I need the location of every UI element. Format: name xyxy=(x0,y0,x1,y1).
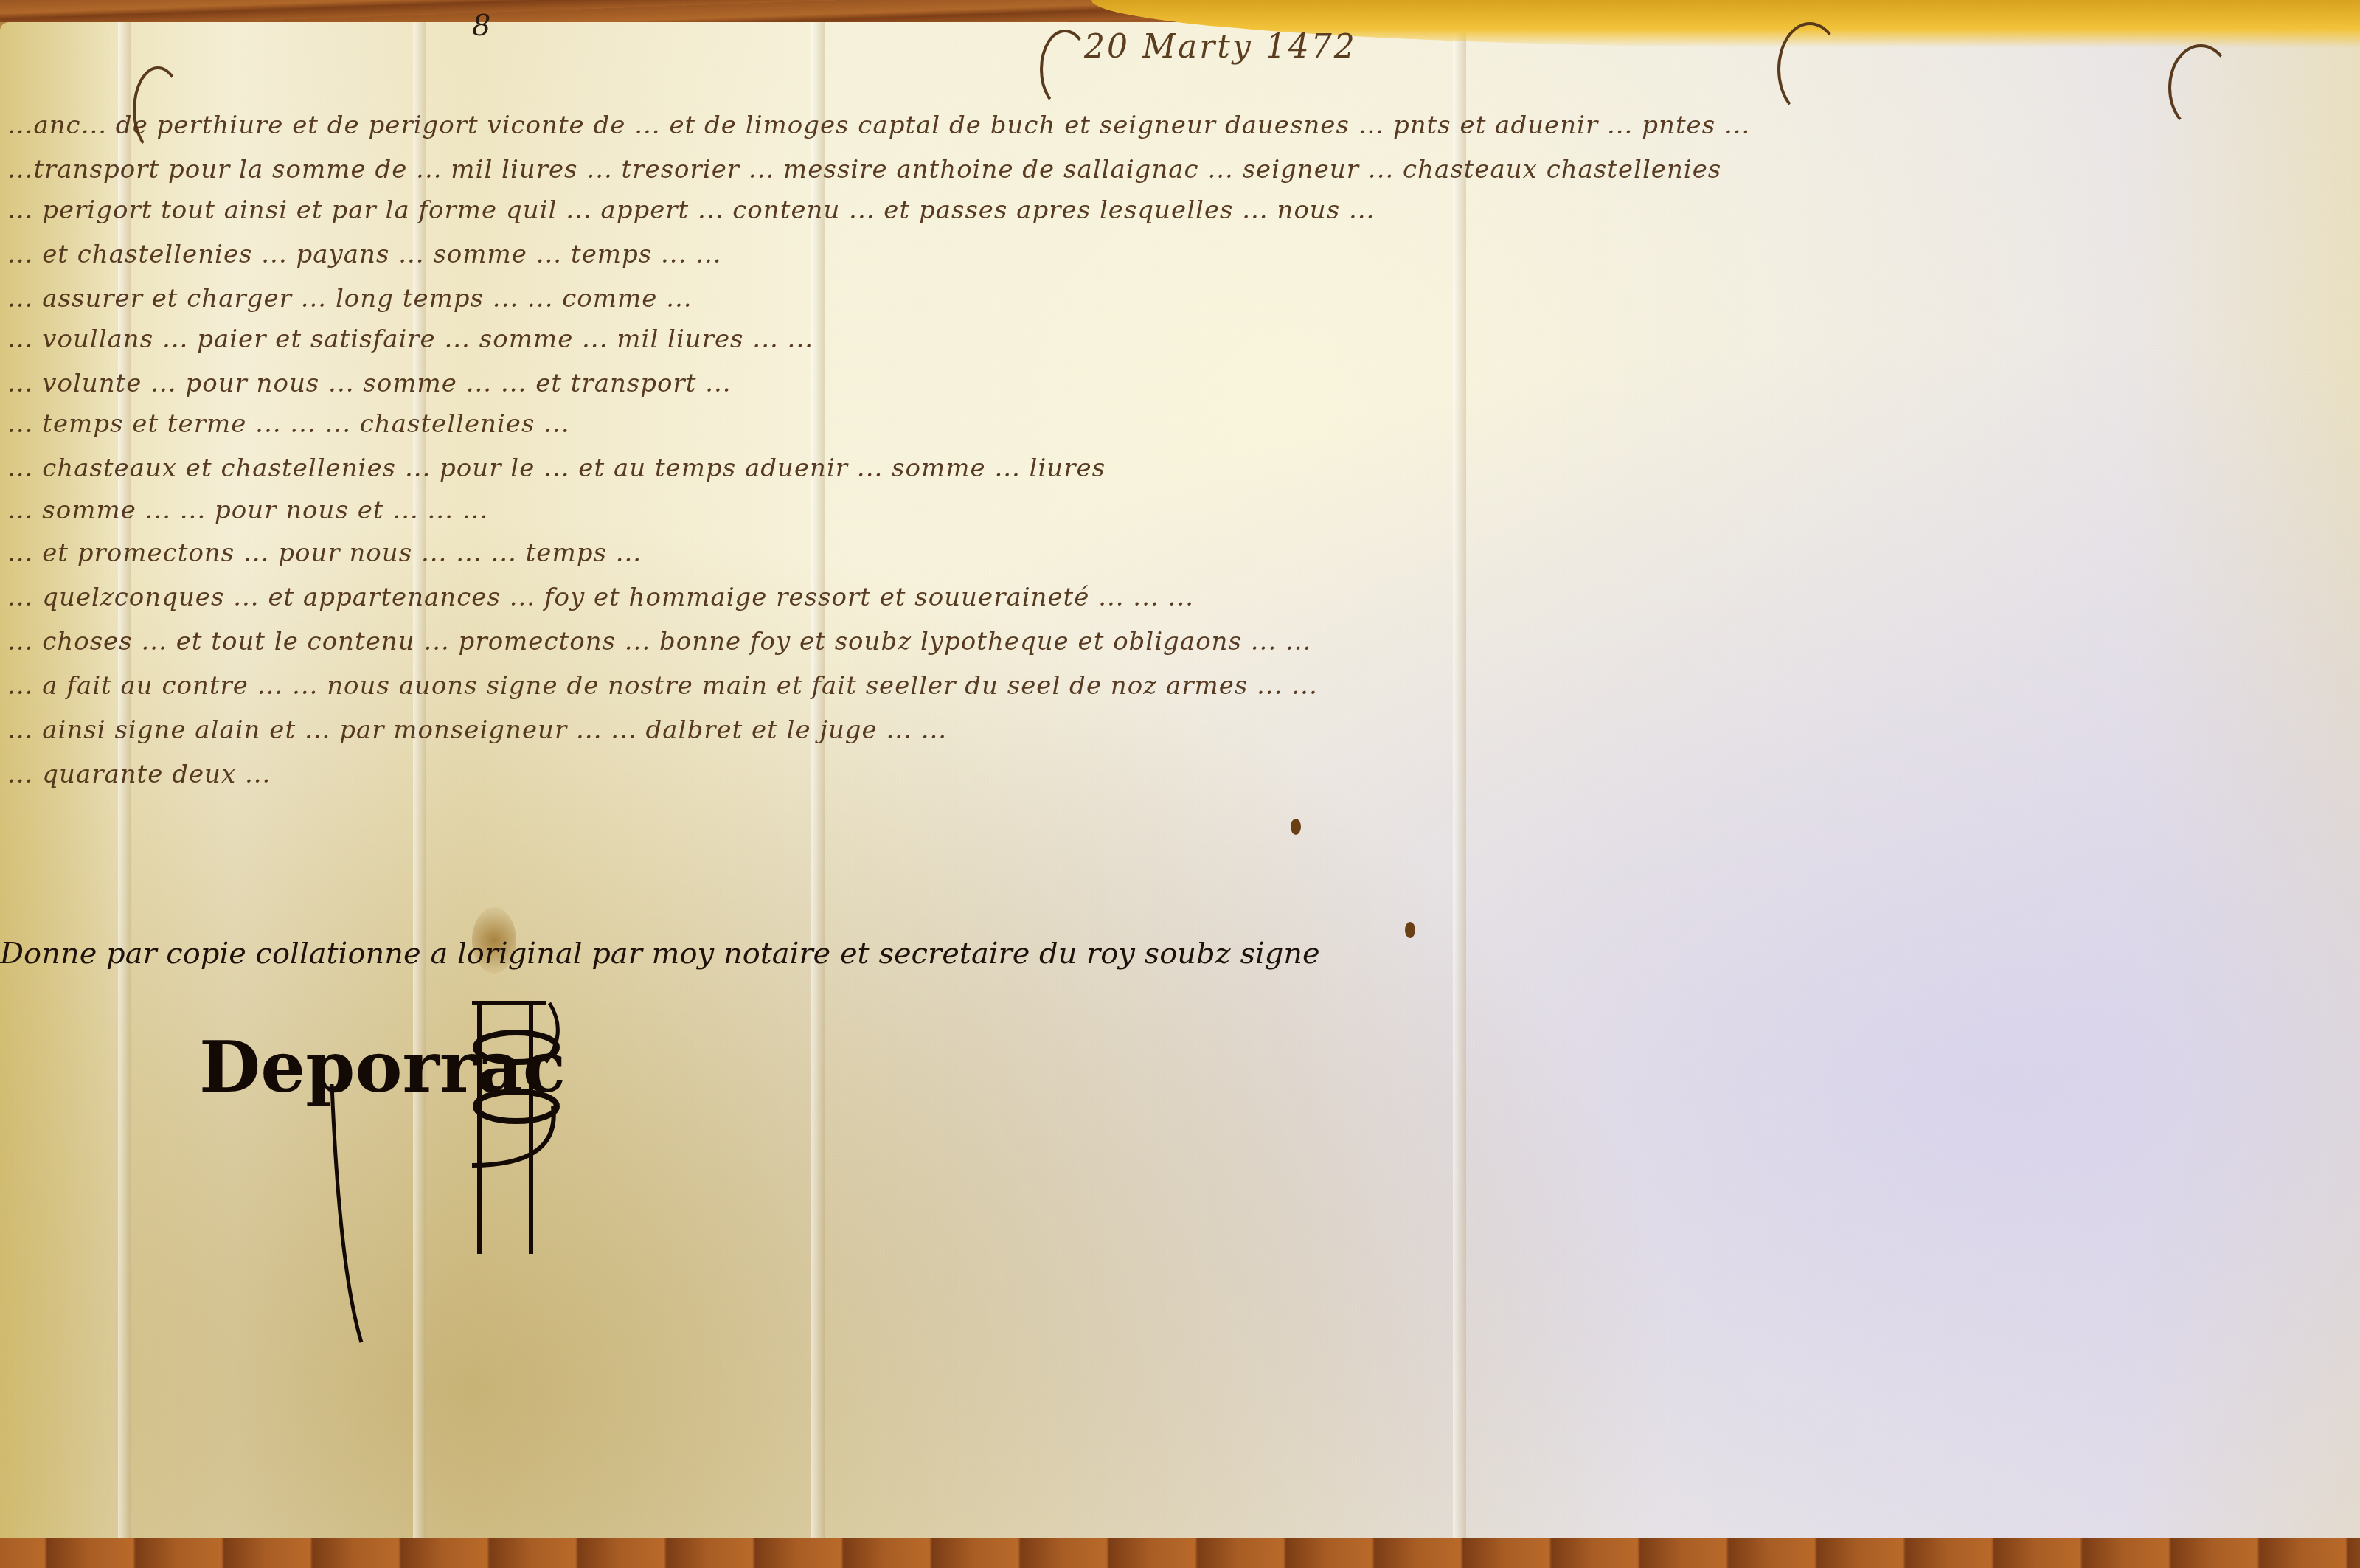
text-line: ... somme ... ... pour nous et ... ... .… xyxy=(7,496,488,525)
text-line: ... quelzconques ... et appartenances ..… xyxy=(7,583,1194,612)
wooden-table-edge xyxy=(0,1538,2360,1568)
text-line: ... et promectons ... pour nous ... ... … xyxy=(7,538,642,568)
descender-stroke-icon xyxy=(324,1084,369,1350)
parchment-hole xyxy=(1405,922,1415,938)
text-line: ... assurer et charger ... long temps ..… xyxy=(7,284,693,313)
parchment-fold xyxy=(811,22,825,1541)
text-line: ... a fait au contre ... ... nous auons … xyxy=(7,671,1318,701)
parchment-hole xyxy=(1291,819,1301,835)
text-line: ... perigort tout ainsi et par la forme … xyxy=(7,195,1375,225)
text-line: ... quarante deux ... xyxy=(7,760,271,789)
text-line: ... volunte ... pour nous ... somme ... … xyxy=(7,369,732,398)
ascender-flourish xyxy=(1777,22,1842,117)
ascender-flourish xyxy=(133,66,183,153)
text-line: ... ainsi signe alain et ... par monseig… xyxy=(7,715,947,745)
text-line: ...anc... de perthiure et de perigort vi… xyxy=(7,111,1750,140)
ascender-flourish xyxy=(1040,30,1090,109)
text-line: ...transport pour la somme de ... mil li… xyxy=(7,155,1721,184)
attestation-line: Donne par copie collationne a loriginal … xyxy=(0,937,1320,971)
text-line: ... et chastellenies ... payans ... somm… xyxy=(7,240,722,269)
text-line: ... choses ... et tout le contenu ... pr… xyxy=(7,627,1311,656)
notarial-mark-icon xyxy=(457,988,575,1283)
ascender-flourish xyxy=(2168,44,2233,131)
text-line: ... chasteaux et chastellenies ... pour … xyxy=(7,454,1106,483)
document-date: 20 Marty 1472 xyxy=(1084,28,1357,66)
parchment-fold xyxy=(1453,22,1466,1541)
text-line: ... voullans ... paier et satisfaire ...… xyxy=(7,325,813,354)
folio-mark: 8 xyxy=(472,9,490,43)
text-line: ... temps et terme ... ... ... chastelle… xyxy=(7,409,570,439)
